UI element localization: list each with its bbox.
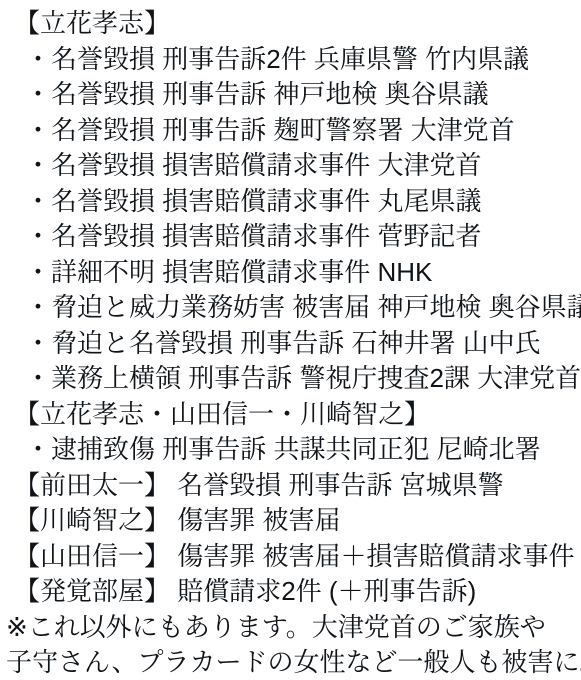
case-item: ・名誉毀損 損害賠償請求事件 丸尾県議 bbox=[6, 184, 577, 220]
case-item: ・名誉毀損 刑事告訴 神戸地検 奥谷県議 bbox=[6, 77, 577, 113]
case-item: ・名誉毀損 損害賠償請求事件 大津党首 bbox=[6, 148, 577, 184]
case-list-document: 【立花孝志】 ・名誉毀損 刑事告訴2件 兵庫県警 竹内県議 ・名誉毀損 刑事告訴… bbox=[0, 0, 581, 680]
heading-case-line: 【発覚部屋】 賠償請求2件 (＋刑事告訴) bbox=[6, 574, 577, 610]
case-item: ・名誉毀損 刑事告訴2件 兵庫県警 竹内県議 bbox=[6, 42, 577, 78]
heading-case-line: 【前田太一】 名誉毀損 刑事告訴 宮城県警 bbox=[6, 468, 577, 504]
heading-case-line: 【山田信一】 傷害罪 被害届＋損害賠償請求事件 bbox=[6, 539, 577, 575]
case-item: ・脅迫と名誉毀損 刑事告訴 石神井署 山中氏 bbox=[6, 326, 577, 362]
case-item: ・逮捕致傷 刑事告訴 共謀共同正犯 尼崎北署 bbox=[6, 432, 577, 468]
footnote-line: 子守さん、プラカードの女性など一般人も被害に。 bbox=[6, 645, 577, 680]
section-heading: 【立花孝志・山田信一・川崎智之】 bbox=[6, 397, 577, 433]
section-heading: 【立花孝志】 bbox=[6, 6, 577, 42]
case-item: ・名誉毀損 損害賠償請求事件 菅野記者 bbox=[6, 219, 577, 255]
case-item: ・業務上横領 刑事告訴 警視庁捜査2課 大津党首 bbox=[6, 361, 577, 397]
case-item: ・詳細不明 損害賠償請求事件 NHK bbox=[6, 255, 577, 291]
heading-case-line: 【川崎智之】 傷害罪 被害届 bbox=[6, 503, 577, 539]
case-item: ・脅迫と威力業務妨害 被害届 神戸地検 奥谷県議 bbox=[6, 290, 577, 326]
case-item: ・名誉毀損 刑事告訴 麹町警察署 大津党首 bbox=[6, 113, 577, 149]
footnote-line: ※これ以外にもあります。大津党首のご家族や bbox=[6, 610, 577, 646]
